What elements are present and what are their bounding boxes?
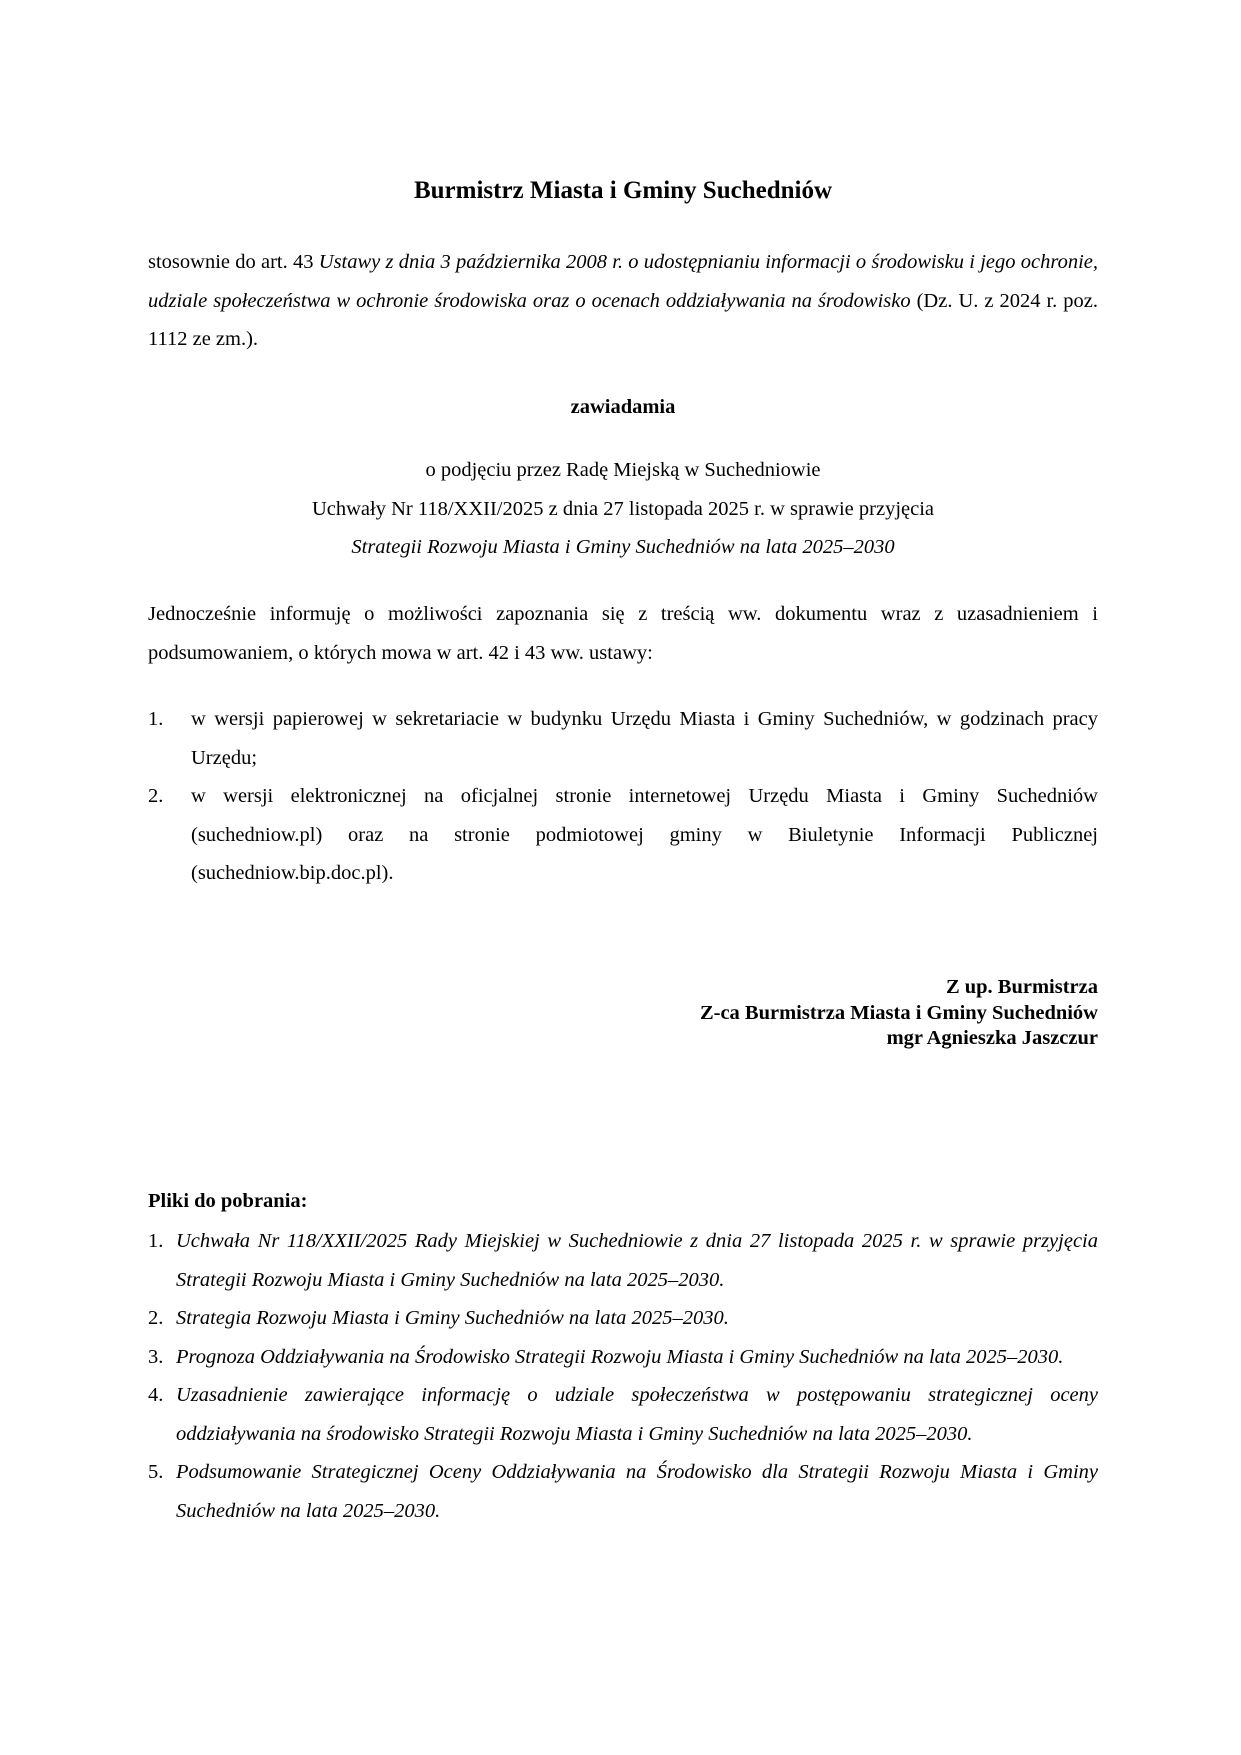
list-number: 3. [148, 1338, 163, 1377]
access-list-item: 2. w wersji elektronicznej na oficjalnej… [148, 777, 1098, 893]
download-item: 1. Uchwała Nr 118/XXII/2025 Rady Miejski… [148, 1222, 1098, 1299]
download-link[interactable]: Strategia Rozwoju Miasta i Gminy Suchedn… [176, 1307, 729, 1329]
list-number: 2. [148, 777, 163, 816]
document-title: Burmistrz Miasta i Gminy Suchedniów [148, 176, 1098, 206]
list-number: 2. [148, 1299, 163, 1338]
download-item: 2. Strategia Rozwoju Miasta i Gminy Such… [148, 1299, 1098, 1338]
signature-line-1: Z up. Burmistrza [700, 975, 1098, 1001]
signature-line-2: Z-ca Burmistrza Miasta i Gminy Suchednió… [700, 1001, 1098, 1027]
announcement-line-3: Strategii Rozwoju Miasta i Gminy Suchedn… [148, 528, 1098, 567]
download-link[interactable]: Prognoza Oddziaływania na Środowisko Str… [176, 1346, 1063, 1368]
access-list-text: w wersji elektronicznej na oficjalnej st… [191, 785, 1098, 884]
legal-basis-prefix: stosownie do art. 43 [148, 251, 319, 273]
document-page: Burmistrz Miasta i Gminy Suchedniów stos… [0, 0, 1241, 1755]
list-number: 1. [148, 700, 163, 739]
access-list: 1. w wersji papierowej w sekretariacie w… [148, 700, 1098, 893]
list-number: 4. [148, 1376, 163, 1415]
announce-heading: zawiadamia [148, 392, 1098, 422]
announcement-line-1: o podjęciu przez Radę Miejską w Suchedni… [148, 451, 1098, 490]
download-link[interactable]: Uchwała Nr 118/XXII/2025 Rady Miejskiej … [176, 1230, 1098, 1291]
download-link[interactable]: Podsumowanie Strategicznej Oceny Oddział… [176, 1461, 1098, 1522]
downloads-heading: Pliki do pobrania: [148, 1186, 308, 1216]
signature-name: mgr Agnieszka Jaszczur [700, 1026, 1098, 1052]
signature-block: Z up. Burmistrza Z-ca Burmistrza Miasta … [700, 975, 1098, 1052]
download-item: 5. Podsumowanie Strategicznej Oceny Oddz… [148, 1453, 1098, 1530]
download-link[interactable]: Uzasadnienie zawierające informację o ud… [176, 1384, 1098, 1445]
strategy-title: Strategii Rozwoju Miasta i Gminy Suchedn… [351, 536, 894, 558]
downloads-list: 1. Uchwała Nr 118/XXII/2025 Rady Miejski… [148, 1222, 1098, 1530]
access-list-item: 1. w wersji papierowej w sekretariacie w… [148, 700, 1098, 777]
announcement-block: o podjęciu przez Radę Miejską w Suchedni… [148, 451, 1098, 567]
legal-basis-paragraph: stosownie do art. 43 Ustawy z dnia 3 paź… [148, 243, 1098, 359]
download-item: 3. Prognoza Oddziaływania na Środowisko … [148, 1338, 1098, 1377]
list-number: 1. [148, 1222, 163, 1261]
info-paragraph: Jednocześnie informuję o możliwości zapo… [148, 595, 1098, 672]
list-number: 5. [148, 1453, 163, 1492]
announcement-line-2: Uchwały Nr 118/XXII/2025 z dnia 27 listo… [148, 490, 1098, 529]
download-item: 4. Uzasadnienie zawierające informację o… [148, 1376, 1098, 1453]
access-list-text: w wersji papierowej w sekretariacie w bu… [191, 708, 1098, 769]
